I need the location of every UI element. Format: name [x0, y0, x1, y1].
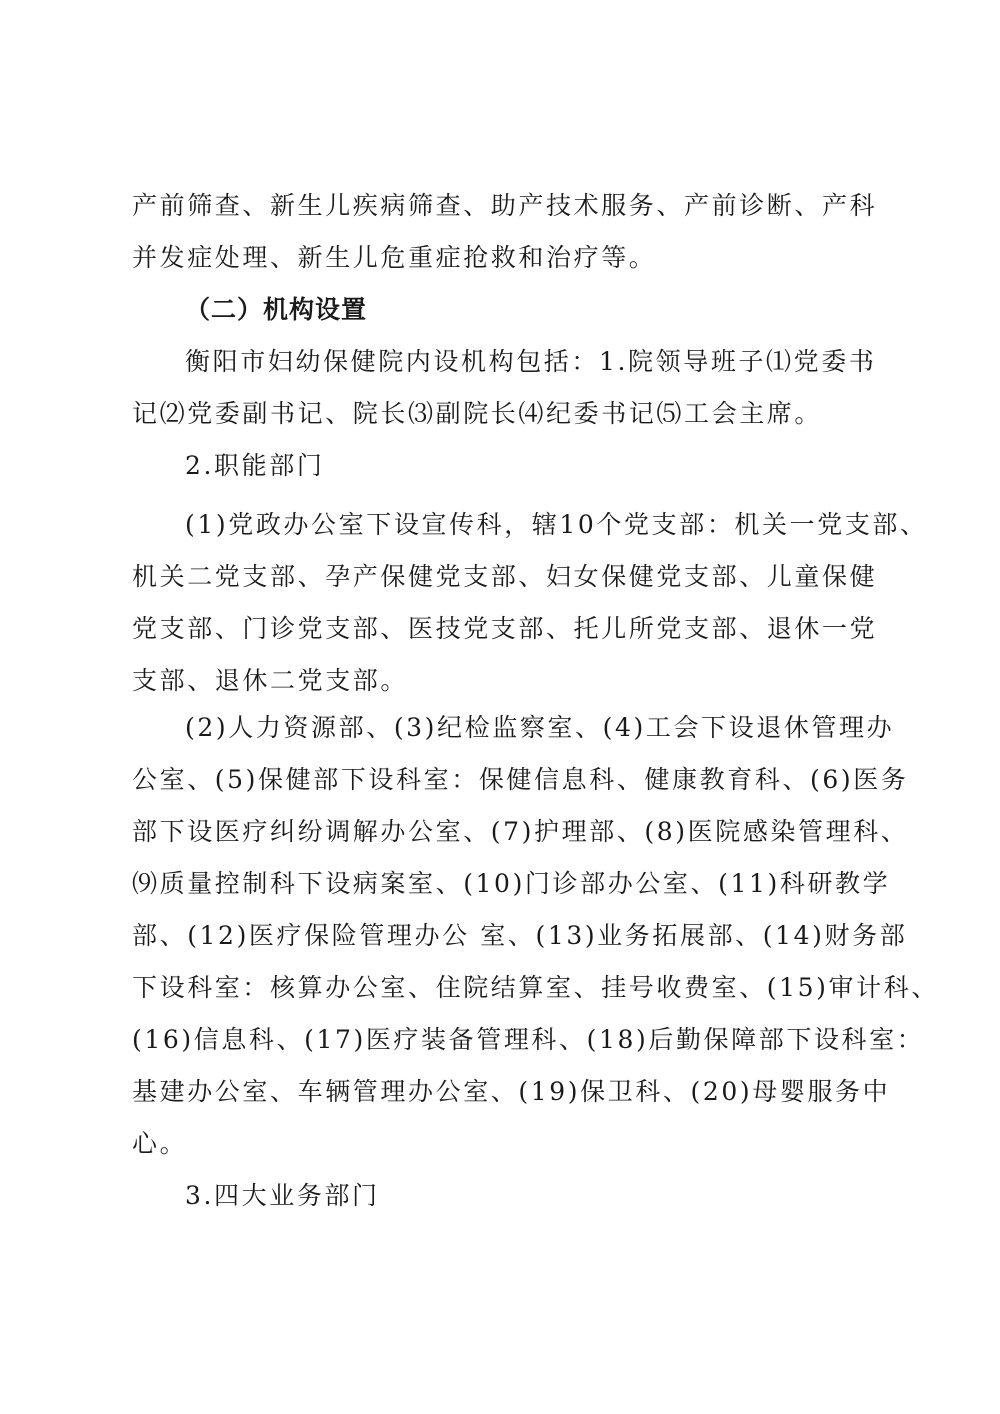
subsection-heading-business-depts: 3.四大业务部门	[185, 1180, 925, 1212]
document-page: 产前筛查、新生儿疾病筛查、助产技术服务、产前诊断、产科 并发症处理、新生儿危重症…	[0, 0, 1000, 1414]
section-heading: （二）机构设置	[185, 294, 925, 326]
body-text-line-11: (2)人力资源部、(3)纪检监察室、(4)工会下设退休管理办	[185, 712, 925, 744]
body-text-line-18: 基建办公室、车辆管理办公室、(19)保卫科、(20)母婴服务中	[132, 1076, 872, 1108]
body-text-line-16: 下设科室：核算办公室、住院结算室、挂号收费室、(15)审计科、	[132, 972, 872, 1004]
body-text-line-9: 党支部、门诊党支部、医技党支部、托儿所党支部、退休一党	[132, 613, 872, 645]
body-text-line-1: 产前筛查、新生儿疾病筛查、助产技术服务、产前诊断、产科	[132, 190, 872, 222]
body-text-line-10: 支部、退休二党支部。	[132, 665, 872, 697]
body-text-line-14: ⑼质量控制科下设病案室、(10)门诊部办公室、(11)科研教学	[132, 868, 872, 900]
body-text-line-19: 心。	[132, 1128, 872, 1160]
body-text-line-15: 部、(12)医疗保险管理办公 室、(13)业务拓展部、(14)财务部	[132, 920, 872, 952]
body-text-line-7: (1)党政办公室下设宣传科，辖10个党支部：机关一党支部、	[185, 509, 925, 541]
body-text-line-17: (16)信息科、(17)医疗装备管理科、(18)后勤保障部下设科室：	[132, 1024, 872, 1056]
body-text-line-2: 并发症处理、新生儿危重症抢救和治疗等。	[132, 242, 872, 274]
body-text-line-4: 衡阳市妇幼保健院内设机构包括：1.院领导班子⑴党委书	[185, 346, 925, 378]
subsection-heading-functional-depts: 2.职能部门	[185, 450, 925, 482]
body-text-line-5: 记⑵党委副书记、院长⑶副院长⑷纪委书记⑸工会主席。	[132, 398, 872, 430]
body-text-line-8: 机关二党支部、孕产保健党支部、妇女保健党支部、儿童保健	[132, 561, 872, 593]
body-text-line-12: 公室、(5)保健部下设科室：保健信息科、健康教育科、(6)医务	[132, 764, 872, 796]
body-text-line-13: 部下设医疗纠纷调解办公室、(7)护理部、(8)医院感染管理科、	[132, 816, 872, 848]
